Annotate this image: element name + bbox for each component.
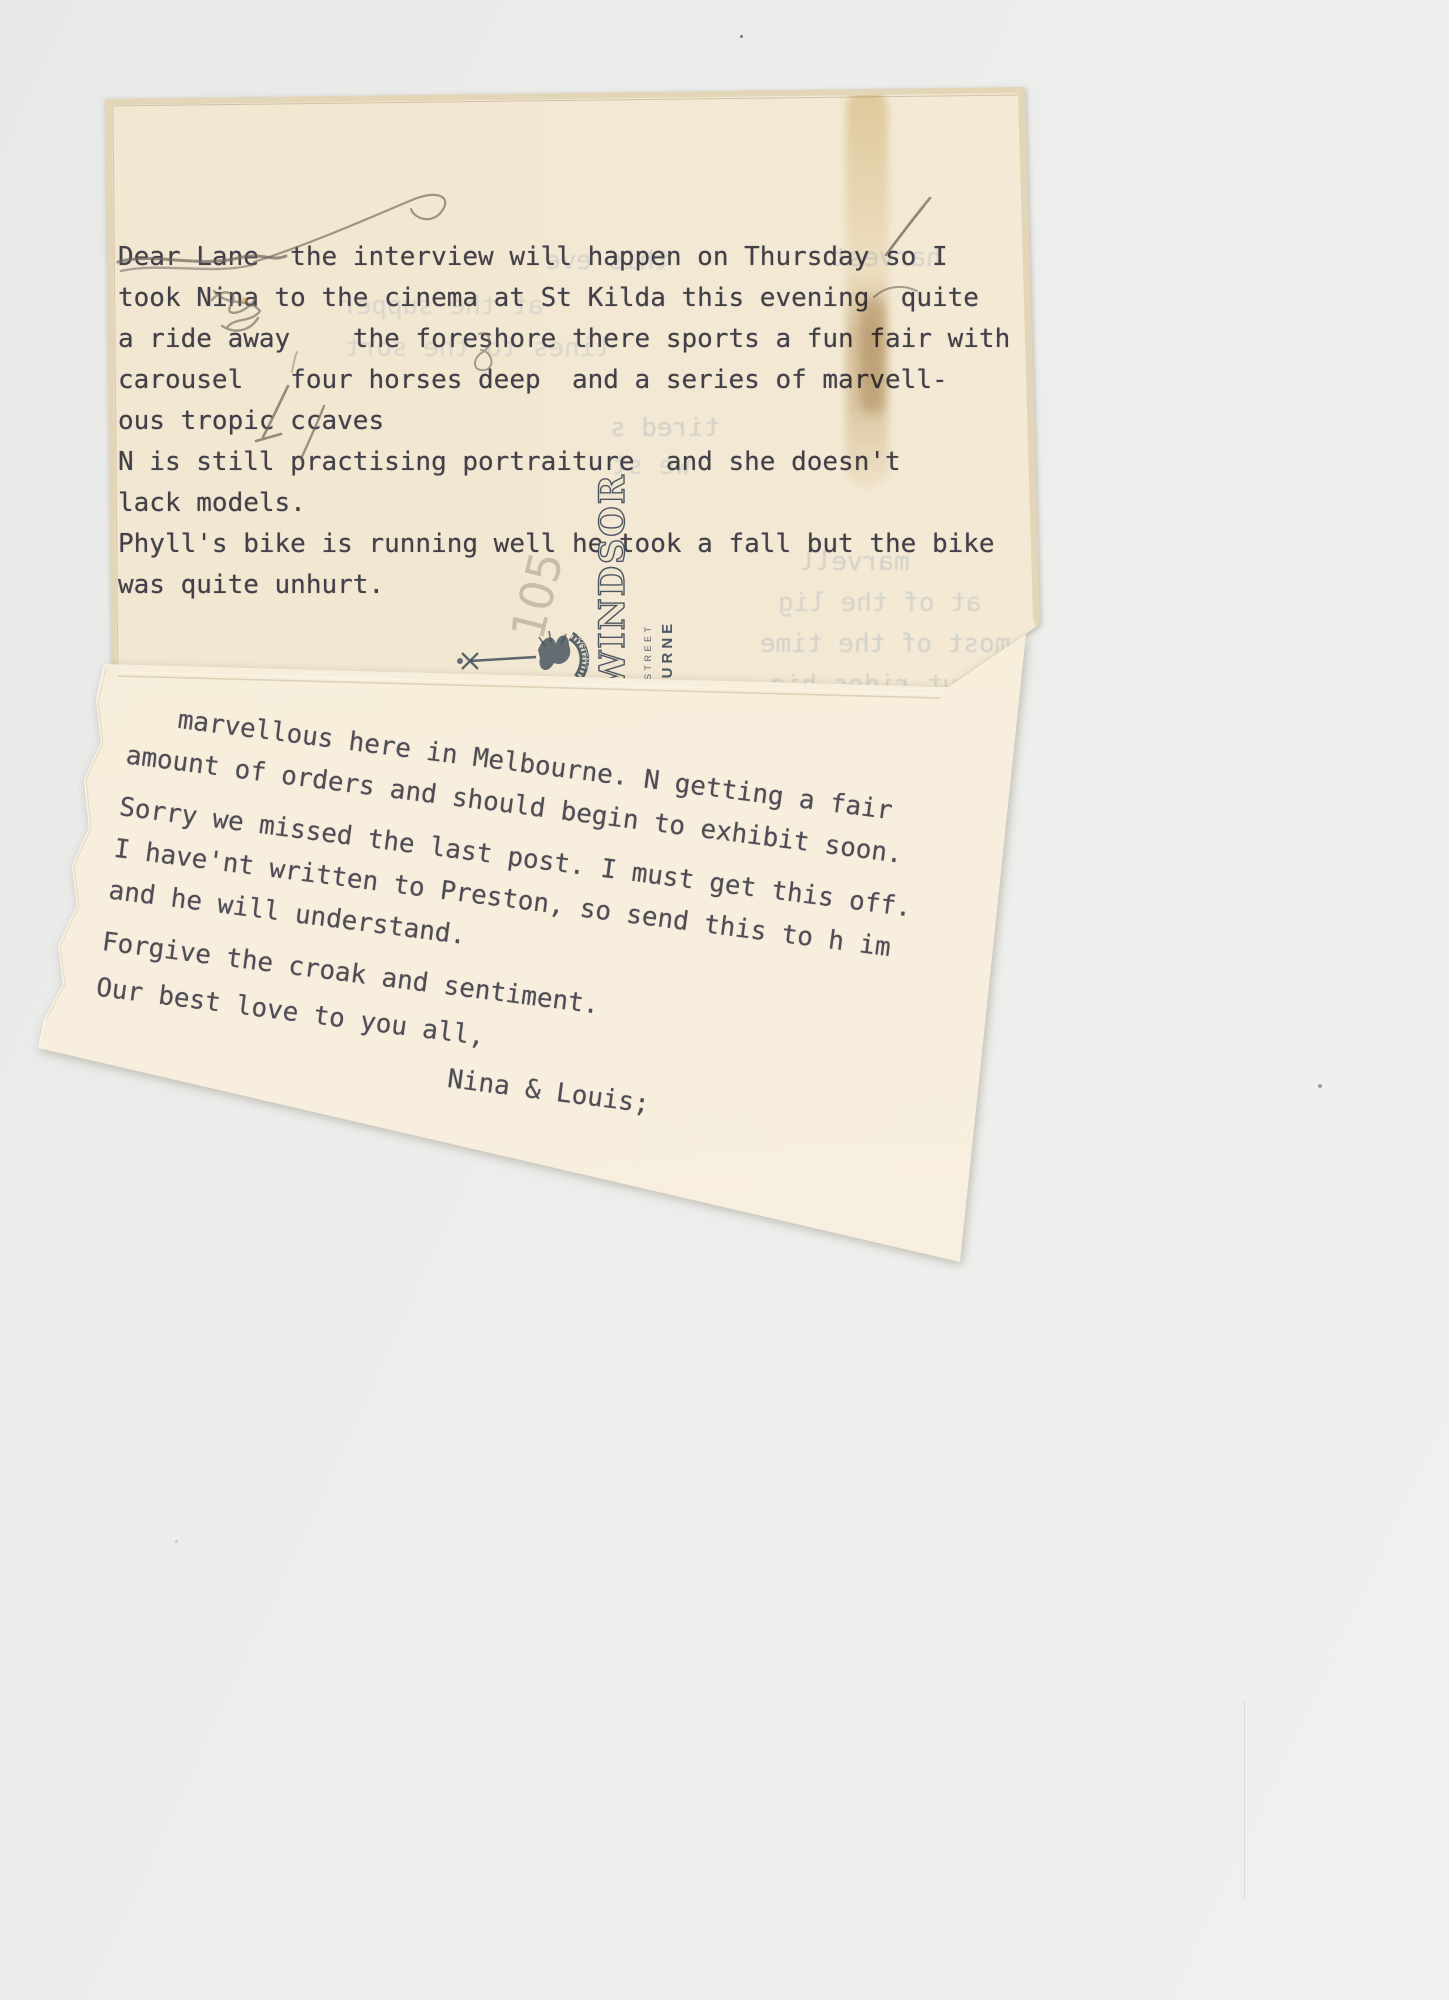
- signature-line: Nina & Louis;: [445, 1059, 652, 1126]
- torn-edge: [39, 666, 104, 1046]
- bottom-letter-stack: marvellous here in Melbourne. N getting …: [0, 0, 1449, 2000]
- scanned-letters: this eve at the supper lines to the sort…: [0, 0, 1449, 2000]
- letter-sheet-bottom: marvellous here in Melbourne. N getting …: [0, 0, 1449, 2000]
